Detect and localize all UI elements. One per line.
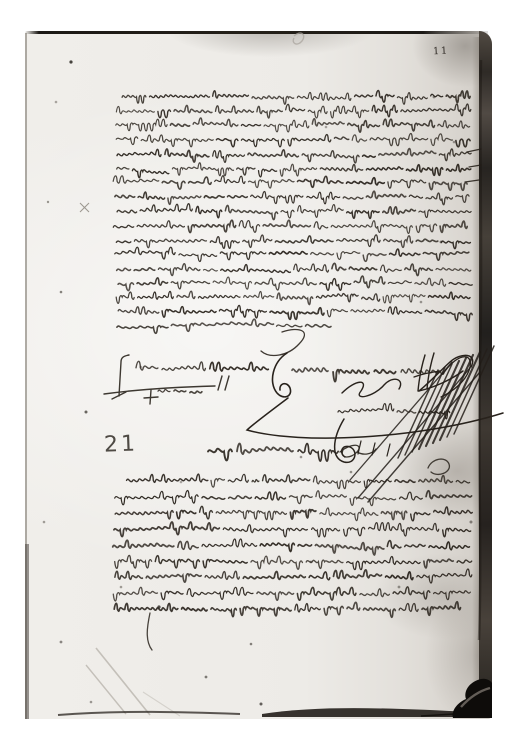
paper-speckles [25, 31, 27, 33]
page-left-edge-lower [25, 544, 29, 719]
page-top-edge-shadow [25, 31, 488, 34]
scanned-manuscript-page: 11 21 [0, 0, 512, 754]
paper-sheet [25, 31, 492, 719]
margin-entry-number: 21 [104, 431, 139, 457]
folio-number: 11 [433, 46, 449, 58]
binding-edge-shadow [479, 31, 492, 717]
